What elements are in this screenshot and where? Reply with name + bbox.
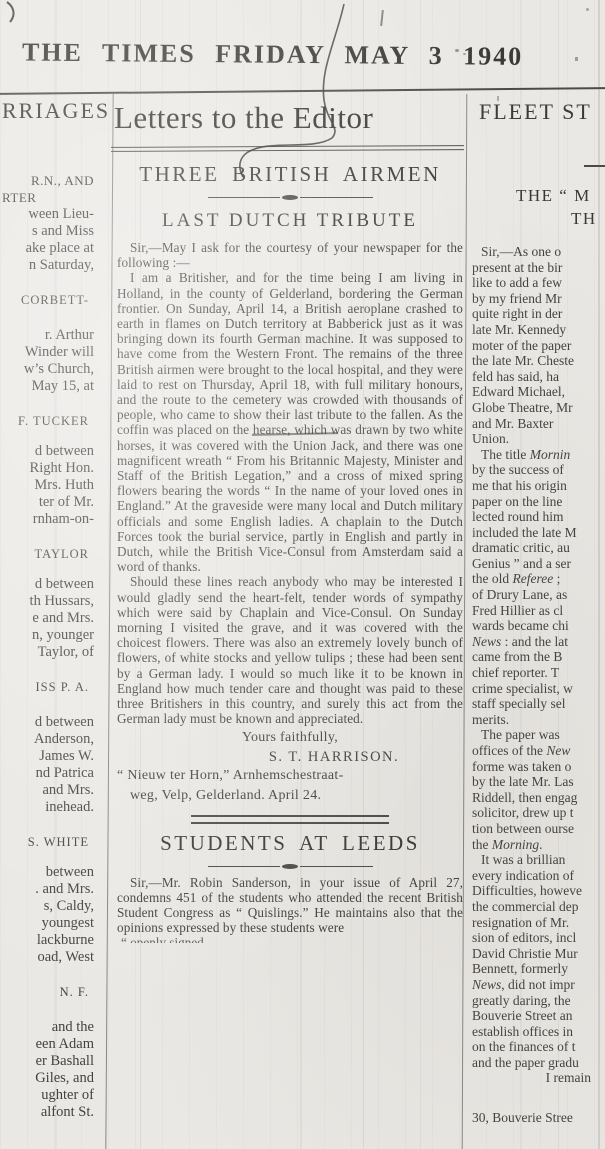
column-line-fragment: me that his origin bbox=[472, 478, 605, 494]
column-line-fragment: Union. bbox=[472, 431, 605, 447]
column-line-fragment: Anderson, bbox=[0, 731, 101, 748]
column-line-fragment: the Morning. bbox=[472, 837, 605, 853]
letter1-headline: THREE BRITISH AIRMEN bbox=[117, 162, 463, 187]
column-line-fragment: n, younger bbox=[0, 627, 101, 644]
column-line-fragment: offices of the New bbox=[472, 743, 605, 759]
column-line-fragment: th Hussars, bbox=[0, 593, 101, 610]
column-line-fragment: James W. bbox=[0, 748, 101, 765]
masthead-title: THE TIMES FRIDAY MAY 3 1940 bbox=[22, 37, 597, 72]
column-line-fragment: r. Arthur bbox=[0, 327, 101, 344]
column-line-fragment: w’s Church, bbox=[0, 361, 101, 378]
column-line-fragment: every indication of bbox=[472, 868, 605, 884]
column-line-fragment: Riddell, then engag bbox=[472, 790, 605, 806]
column-line-fragment: er Bashall bbox=[0, 1053, 101, 1070]
column-line-fragment: The title Mornin bbox=[472, 447, 605, 463]
column-line-fragment: present at the bir bbox=[472, 260, 605, 276]
column-line-fragment: of Drury Lane, as bbox=[472, 587, 605, 603]
column-line-fragment: moter of the paper bbox=[472, 338, 605, 354]
column-line-fragment: ter of Mr. bbox=[0, 494, 101, 511]
column-line-fragment: rnham-on- bbox=[0, 511, 101, 528]
letter2-paragraph: Sir,—Mr. Robin Sanderson, in your issue … bbox=[117, 875, 463, 936]
column-line-fragment: Difficulties, howeve bbox=[472, 883, 605, 899]
column-line-fragment: s and Miss bbox=[0, 223, 101, 240]
column-line-fragment: merits. bbox=[472, 712, 605, 728]
column-line-fragment: d between bbox=[0, 576, 101, 593]
column-line-fragment: establish offices in bbox=[472, 1024, 605, 1040]
column-line-fragment: F. TUCKER bbox=[0, 413, 101, 430]
column-line-fragment: Bennett, formerly bbox=[472, 961, 605, 977]
column-line-fragment: and the bbox=[0, 1019, 101, 1036]
column-line-fragment: d between bbox=[0, 443, 101, 460]
letter1-paragraph: I am a Britisher, and for the time being… bbox=[117, 270, 463, 574]
column-line-fragment: It was a brillian bbox=[472, 852, 605, 868]
column-line-fragment: by the late Mr. Las bbox=[472, 774, 605, 790]
column-line-fragment: the old Referee ; bbox=[472, 571, 605, 587]
column-line-fragment: N. F. bbox=[0, 984, 101, 1001]
column-line-fragment: and Mr. Baxter bbox=[472, 416, 605, 432]
headline-double-underline bbox=[111, 145, 464, 152]
column-line-fragment: David Christie Mur bbox=[472, 946, 605, 962]
column-line-fragment: News : and the lat bbox=[472, 634, 605, 650]
column-line-fragment: RTER bbox=[0, 189, 101, 206]
column-line-fragment: between bbox=[0, 864, 101, 881]
ink-speck bbox=[575, 57, 578, 61]
marriages-section-title: RRIAGES bbox=[2, 98, 110, 124]
masthead-rule bbox=[0, 87, 605, 95]
column-line-fragment: R.N., AND bbox=[0, 172, 101, 189]
ink-speck bbox=[455, 49, 459, 52]
column-line-fragment: Globe Theatre, Mr bbox=[472, 400, 605, 416]
column-line-fragment: lackburne bbox=[0, 932, 101, 949]
ink-speck bbox=[380, 10, 384, 26]
column-line-fragment: dramatic critic, au bbox=[472, 540, 605, 556]
column-line-fragment: staff specially sel bbox=[472, 696, 605, 712]
column-line-fragment: greatly daring, the bbox=[472, 993, 605, 1009]
column-line-fragment: alfont St. bbox=[0, 1104, 101, 1121]
column-line-fragment: and the paper gradu bbox=[472, 1055, 605, 1071]
column-line-fragment: CORBETT- bbox=[0, 292, 101, 309]
letter1-salutation: Sir,—May I ask for the courtesy of your … bbox=[117, 240, 463, 270]
fleet-letter-headline-line2: TH bbox=[571, 209, 597, 229]
column-line-fragment: tion between ourse bbox=[472, 821, 605, 837]
letter1-crosshead: LAST DUTCH TRIBUTE bbox=[117, 210, 463, 232]
column-line-fragment: chief reporter. T bbox=[472, 665, 605, 681]
double-rule-divider bbox=[191, 815, 389, 824]
column-line-fragment: by the success of bbox=[472, 462, 605, 478]
letter1-valediction: Yours faithfully, bbox=[117, 730, 463, 746]
letter1-paragraph: Should these lines reach anybody who may… bbox=[117, 574, 463, 726]
column-line-fragment: ISS P. A. bbox=[0, 679, 101, 696]
column-line-fragment: resignation of Mr. bbox=[472, 915, 605, 931]
column-line-fragment: on the finances of t bbox=[472, 1039, 605, 1055]
column-line-fragment: ughter of bbox=[0, 1087, 101, 1104]
divider-lens bbox=[282, 195, 298, 200]
column-line-fragment: TAYLOR bbox=[0, 546, 101, 563]
section-divider-dash bbox=[584, 165, 605, 167]
column-line-fragment: I remain bbox=[472, 1070, 605, 1086]
column-line-fragment: forme was taken o bbox=[472, 759, 605, 775]
column-line-fragment: Winder will bbox=[0, 344, 101, 361]
column-line-fragment: inehead. bbox=[0, 799, 101, 816]
column-line-fragment: included the late M bbox=[472, 525, 605, 541]
letter1-address-line: weg, Velp, Gelderland. April 24. bbox=[117, 786, 463, 806]
column-line-fragment: solicitor, drew up t bbox=[472, 805, 605, 821]
fleet-street-section-title: FLEET ST bbox=[479, 99, 592, 125]
column-line-fragment: 30, Bouverie Stree bbox=[472, 1110, 605, 1126]
column-line-fragment: wards became chi bbox=[472, 618, 605, 634]
column-line-fragment: came from the B bbox=[472, 649, 605, 665]
letter2-headline: STUDENTS AT LEEDS bbox=[117, 831, 463, 856]
column-line-fragment: feld has said, ha bbox=[472, 369, 605, 385]
ink-speck bbox=[586, 8, 589, 11]
divider-lens bbox=[282, 864, 298, 869]
fleet-column: Sir,—As one opresent at the birlike to a… bbox=[472, 244, 605, 1126]
column-line-fragment: Genius ” and a ser bbox=[472, 556, 605, 572]
column-line-fragment: e and Mrs. bbox=[0, 610, 101, 627]
ornamental-divider bbox=[208, 864, 373, 869]
column-line-fragment: like to add a few bbox=[472, 275, 605, 291]
column-line-fragment: sion of editors, incl bbox=[472, 930, 605, 946]
column-line-fragment: paper on the line bbox=[472, 494, 605, 510]
column-line-fragment: s, Caldy, bbox=[0, 898, 101, 915]
column-line-fragment: Bouverie Street an bbox=[472, 1008, 605, 1024]
column-line-fragment: youngest bbox=[0, 915, 101, 932]
letters-column: THREE BRITISH AIRMEN LAST DUTCH TRIBUTE … bbox=[117, 158, 463, 943]
column-line-fragment: oad, West bbox=[0, 949, 101, 966]
fleet-letter-headline-line1: THE “ M bbox=[516, 186, 591, 206]
column-line-fragment: The paper was bbox=[472, 727, 605, 743]
column-line-fragment: by my friend Mr bbox=[472, 291, 605, 307]
column-line-fragment: d between bbox=[0, 714, 101, 731]
marriages-column: R.N., ANDRTERween Lieu-s and Missake pla… bbox=[0, 172, 101, 1121]
ink-speck bbox=[463, 53, 466, 55]
column-rule-left bbox=[105, 94, 113, 1149]
column-line-fragment: een Adam bbox=[0, 1036, 101, 1053]
letter1-address-line: “ Nieuw ter Horn,” Arnhemschestraat- bbox=[117, 766, 463, 786]
ornamental-divider bbox=[208, 195, 373, 200]
column-line-fragment: lected round him bbox=[472, 509, 605, 525]
column-line-fragment: Taylor, of bbox=[0, 644, 101, 661]
letter1-signature: S. T. HARRISON. bbox=[117, 749, 463, 766]
column-line-fragment: S. WHITE bbox=[0, 834, 101, 851]
column-line-fragment: the late Mr. Cheste bbox=[472, 353, 605, 369]
column-line-fragment: the commercial dep bbox=[472, 899, 605, 915]
letter2-partial-line: “ openly signed bbox=[117, 935, 463, 943]
letters-to-the-editor-headline: Letters to the Editor bbox=[114, 100, 464, 136]
column-line-fragment: Edward Michael, bbox=[472, 384, 605, 400]
column-line-fragment: ween Lieu- bbox=[0, 206, 101, 223]
column-line-fragment: late Mr. Kennedy bbox=[472, 322, 605, 338]
column-line-fragment: nd Patrica bbox=[0, 765, 101, 782]
column-line-fragment: n Saturday, bbox=[0, 257, 101, 274]
column-line-fragment: May 15, at bbox=[0, 378, 101, 395]
column-line-fragment: Mrs. Huth bbox=[0, 477, 101, 494]
column-line-fragment: ake place at bbox=[0, 240, 101, 257]
column-line-fragment: Giles, and bbox=[0, 1070, 101, 1087]
column-line-fragment: Fred Hillier as cl bbox=[472, 603, 605, 619]
column-line-fragment: Sir,—As one o bbox=[472, 244, 605, 260]
newspaper-scan-page: THE TIMES FRIDAY MAY 3 1940 RRIAGES R.N.… bbox=[0, 0, 605, 1149]
column-line-fragment: quite right in der bbox=[472, 306, 605, 322]
ink-speck bbox=[497, 96, 499, 101]
column-line-fragment: . and Mrs. bbox=[0, 881, 101, 898]
column-line-fragment: News, did not impr bbox=[472, 977, 605, 993]
column-line-fragment: and Mrs. bbox=[0, 782, 101, 799]
column-line-fragment: crime specialist, w bbox=[472, 681, 605, 697]
column-line-fragment: Right Hon. bbox=[0, 460, 101, 477]
